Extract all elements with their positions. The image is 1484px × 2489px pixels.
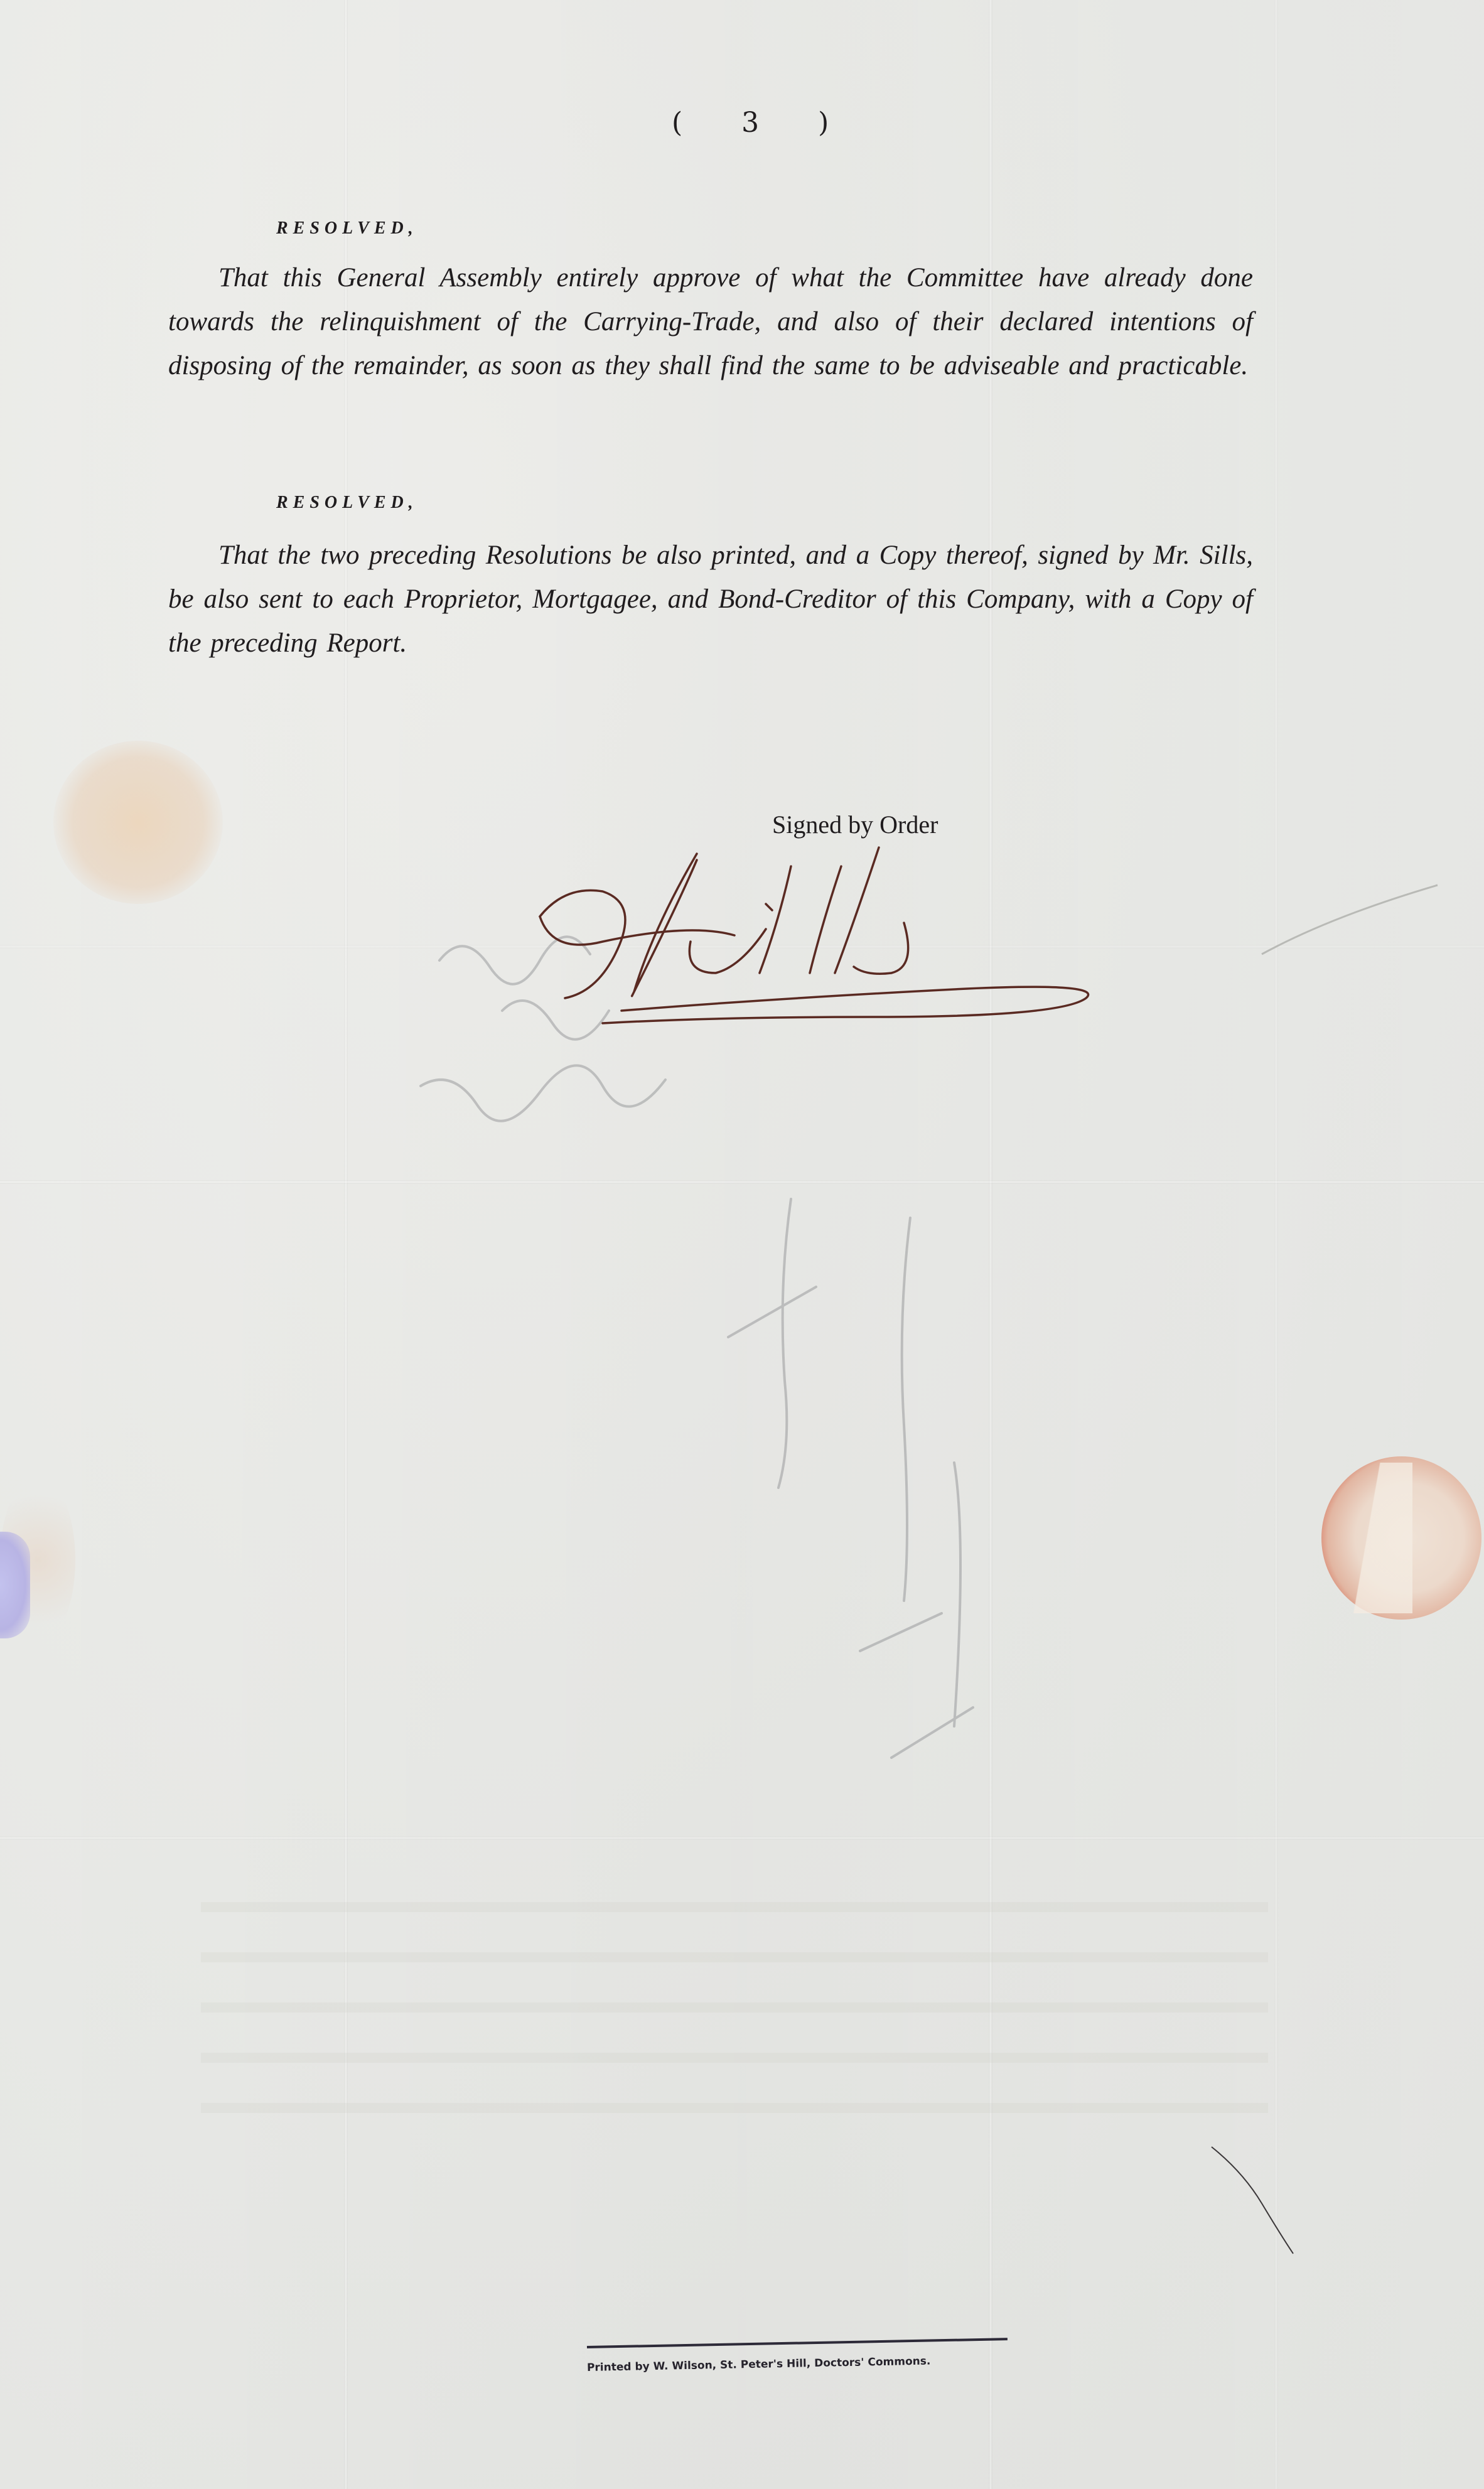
paper-scratch: [1205, 2134, 1306, 2260]
section-heading: RESOLVED,: [276, 493, 418, 513]
foxing-stain: [53, 741, 223, 904]
bleed-through-text: [201, 1902, 1268, 1912]
fold-line: [1274, 0, 1278, 2489]
fold-line: [0, 1836, 1484, 1840]
resolution-text: That this General Assembly entirely appr…: [168, 256, 1253, 388]
handwritten-signature: [527, 829, 1218, 1029]
page-number: ( 3 ): [672, 107, 854, 139]
bleed-through-text: [201, 2103, 1268, 2113]
bleed-through-handwriting: [703, 1161, 1092, 1820]
paper-crease: [1255, 879, 1444, 967]
bleed-through-text: [201, 2053, 1268, 2063]
bleed-through-text: [201, 2002, 1268, 2013]
section-heading: RESOLVED,: [276, 218, 418, 239]
bleed-through-text: [201, 1952, 1268, 1962]
purple-mark: [0, 1532, 30, 1638]
resolution-text: That the two preceding Resolutions be al…: [168, 534, 1253, 665]
